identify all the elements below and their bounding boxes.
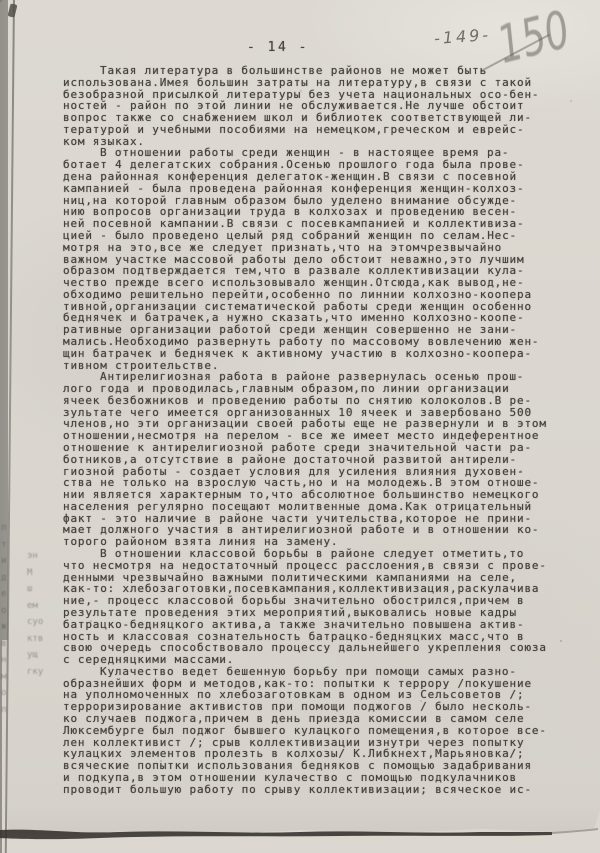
- text-line: использована.Имея большин затраты на лит…: [63, 77, 568, 89]
- text-line: цией - было проведено целый ряд собраний…: [63, 230, 568, 242]
- text-line: отношение к антирелигиозной работе среди…: [63, 442, 568, 454]
- text-line: мались.Необходимо развернуть работу по м…: [63, 336, 568, 348]
- text-line: Такая литература в большинстве районов н…: [63, 65, 568, 77]
- text-line: что несмотря на недостаточный процесс ра…: [63, 560, 568, 572]
- scanned-document-page: п т и д е о ж в н м о л эн М ш ем суо кт…: [0, 0, 600, 853]
- text-line: и подкупа,в этом отношении кулачество с …: [63, 772, 568, 784]
- typewritten-text: Такая литература в большинстве районов н…: [63, 65, 568, 795]
- text-line: щин батрачек и беднячек к активному учас…: [63, 348, 568, 360]
- text-line: обходимо решительно перейти,особенно по …: [63, 289, 568, 301]
- bleedthrough-text-left: п т и д е о ж в н м о л: [1, 520, 6, 718]
- text-line: населения регулярно посещают молитвенные…: [63, 501, 568, 513]
- text-line: тературой и учебными пособиями на немецк…: [63, 124, 568, 136]
- scan-noise: [0, 0, 2, 2]
- bleedthrough-text-right: эн М ш ем суо ктв ущ гку: [27, 548, 43, 680]
- handwritten-page-number: -149-: [433, 25, 491, 48]
- text-line: результате проведения этих мероприятий,в…: [63, 607, 568, 619]
- text-line: мотря на это,все же следует признать,что…: [63, 242, 568, 254]
- text-line: кампанией - была проведена районная конф…: [63, 183, 568, 195]
- typed-page-number: - 14 -: [247, 40, 309, 55]
- text-line: ко случаев поджога,причем в день приезда…: [63, 713, 568, 725]
- text-line: батрацко-бедняцкого актива,а также значи…: [63, 619, 568, 631]
- text-line: Кулачество ведет бешенную борьбу при пом…: [63, 666, 568, 678]
- text-line: ботников,а отсутствие в районе достаточн…: [63, 454, 568, 466]
- text-line: проводит большую работу по срыву коллект…: [63, 784, 568, 796]
- text-line: Люксембурге был поджог бывшего кулацкого…: [63, 725, 568, 737]
- text-line: ячеек безбожников и проведению работы по…: [63, 395, 568, 407]
